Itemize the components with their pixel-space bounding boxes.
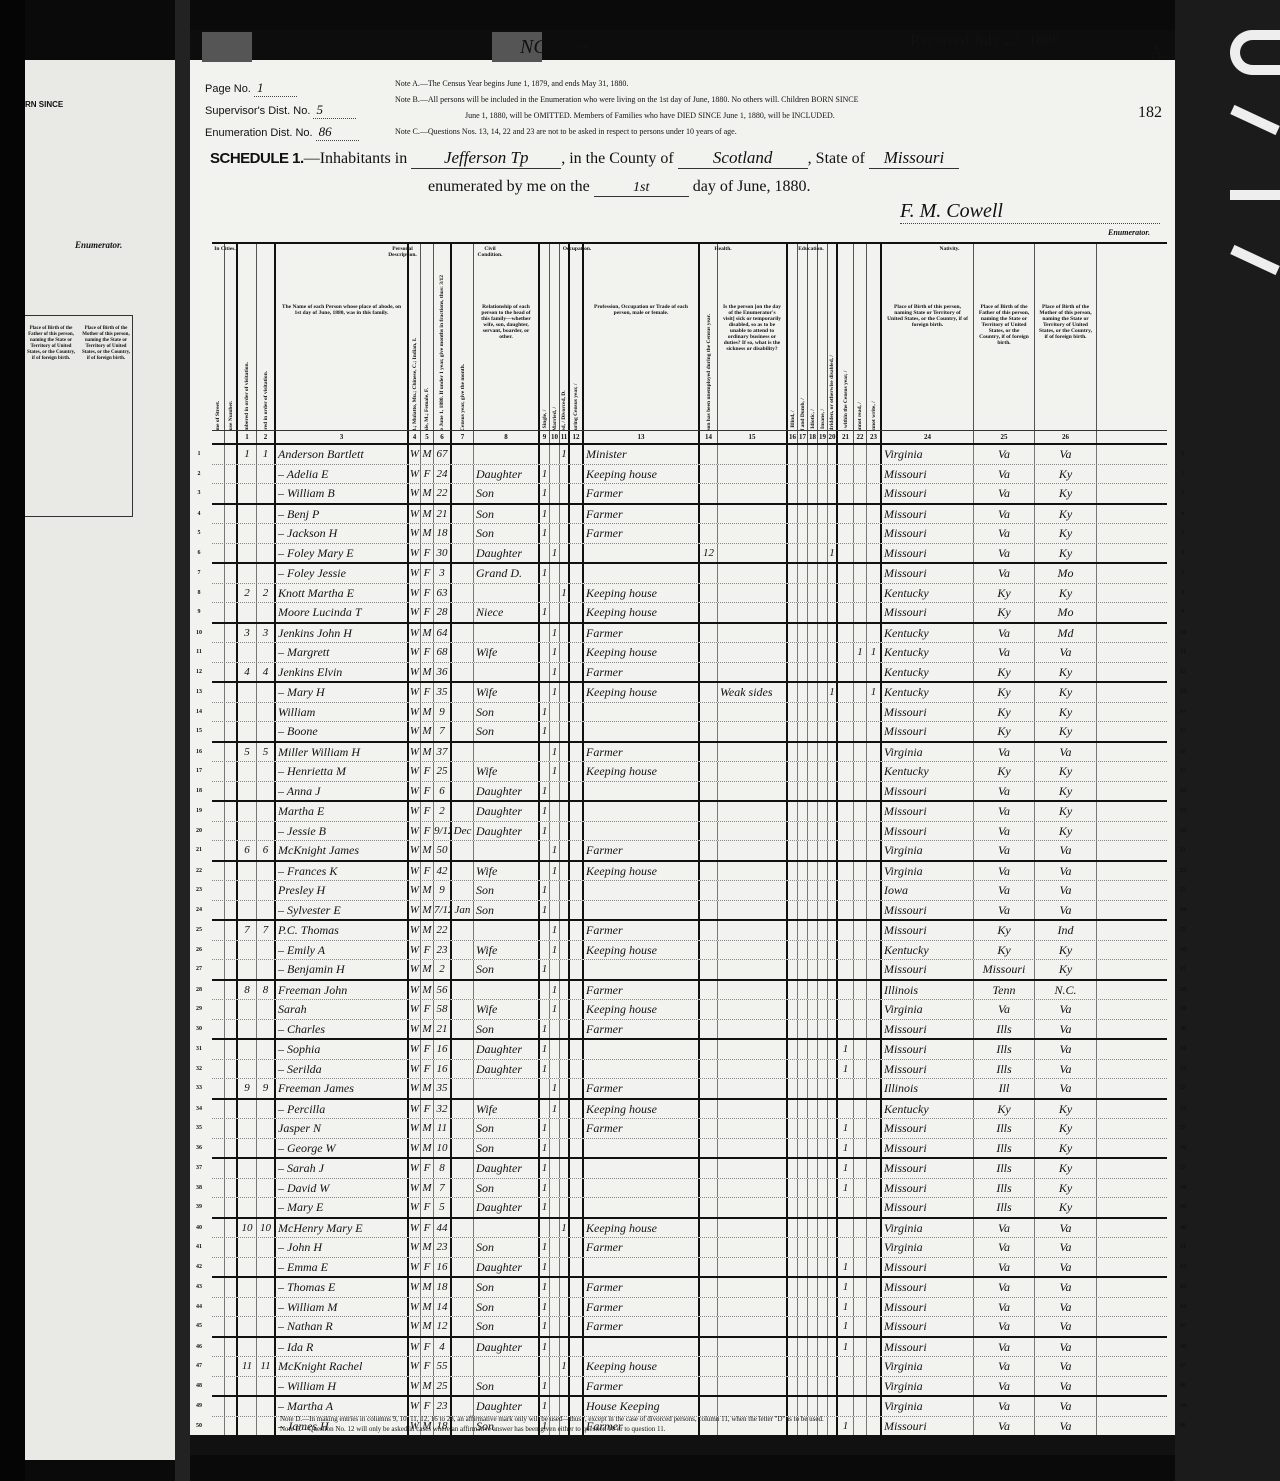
- cell-married: [550, 1357, 560, 1376]
- column-header-label: Place of Birth of this person, naming St…: [886, 304, 969, 328]
- cell-family: [257, 901, 276, 920]
- cell-father: Ills: [974, 1040, 1035, 1059]
- cell-family: [257, 941, 276, 960]
- cell-father: Ills: [974, 1119, 1035, 1138]
- cell-empty: [818, 683, 828, 702]
- cell-disabled: [828, 1417, 838, 1436]
- scan-left-border: [0, 0, 25, 1481]
- cell-name: Jenkins Elvin: [276, 663, 409, 682]
- cell-read: [854, 1377, 867, 1396]
- column-number: 5: [421, 431, 434, 443]
- cell-dwelling: [238, 1040, 257, 1059]
- cell-sick: [718, 762, 788, 781]
- cell-sick: [718, 1139, 788, 1158]
- cell-empty: [808, 960, 818, 979]
- cell-sex: M: [421, 981, 434, 1000]
- cell-married: [550, 484, 560, 503]
- cell-disabled: [828, 1238, 838, 1257]
- cell-father: Va: [974, 643, 1035, 662]
- cell-unemployed: [700, 862, 718, 881]
- line-number-left: 14: [192, 703, 206, 721]
- column-number: 13: [584, 431, 700, 443]
- cell-disabled: [828, 722, 838, 741]
- township-value: Jefferson Tp: [411, 148, 561, 169]
- cell-empty: [788, 484, 798, 503]
- cell-school: [838, 960, 854, 979]
- cell-month: [452, 484, 474, 503]
- cell-month: [452, 1377, 474, 1396]
- cell-empty: [570, 584, 584, 603]
- cell-empty: [225, 782, 238, 801]
- cell-empty: [818, 1079, 828, 1098]
- cell-read: [854, 624, 867, 643]
- cell-empty: [788, 981, 798, 1000]
- nativity-header-fragment: Place of Birth of the Father of this per…: [25, 315, 133, 517]
- cell-read: [854, 445, 867, 464]
- cell-school: [838, 1357, 854, 1376]
- line-number-left: 37: [192, 1159, 206, 1177]
- line-number-right: 33: [1173, 1079, 1193, 1097]
- cell-empty: [225, 584, 238, 603]
- cell-color: W: [409, 722, 421, 741]
- cell-married: 1: [550, 1100, 560, 1119]
- line-number-left: 12: [192, 663, 206, 681]
- cell-write: [867, 802, 882, 821]
- cell-occupation: Farmer: [584, 505, 700, 524]
- cell-empty: [818, 1298, 828, 1317]
- cell-family: 8: [257, 981, 276, 1000]
- cell-birth: Missouri: [882, 1338, 974, 1357]
- cell-empty: [818, 484, 828, 503]
- cell-unemployed: [700, 722, 718, 741]
- cell-rel: Son: [474, 1298, 540, 1317]
- cell-empty: [808, 901, 818, 920]
- cell-sex: M: [421, 960, 434, 979]
- cell-single: 1: [540, 1377, 550, 1396]
- line-number-right: 15: [1173, 722, 1193, 740]
- cell-empty: [788, 1338, 798, 1357]
- cell-married: [550, 505, 560, 524]
- cell-sex: F: [421, 683, 434, 702]
- line-number-right: 48: [1173, 1377, 1193, 1395]
- cell-empty: [212, 1079, 225, 1098]
- cell-birth: Missouri: [882, 1159, 974, 1178]
- cell-empty: [788, 960, 798, 979]
- cell-family: [257, 1298, 276, 1317]
- cell-month: [452, 643, 474, 662]
- table-header: Name of Street.House Number.Dwelling hou…: [212, 244, 1167, 431]
- cell-age: 16: [434, 1258, 452, 1277]
- cell-mother: Va: [1035, 1357, 1097, 1376]
- cell-birth: Virginia: [882, 1219, 974, 1238]
- cell-age: 35: [434, 683, 452, 702]
- column-header-label: Place of Birth of the Father of this per…: [978, 304, 1030, 346]
- cell-empty: [225, 1397, 238, 1416]
- cell-sex: F: [421, 564, 434, 583]
- cell-birth: Kentucky: [882, 643, 974, 662]
- cell-color: W: [409, 1159, 421, 1178]
- cell-write: [867, 921, 882, 940]
- cell-school: [838, 643, 854, 662]
- line-number-left: 35: [192, 1119, 206, 1137]
- cell-age: 12: [434, 1317, 452, 1336]
- cell-read: [854, 1258, 867, 1277]
- cell-write: [867, 1238, 882, 1257]
- cell-single: [540, 584, 550, 603]
- cell-empty: [225, 1417, 238, 1436]
- cell-empty: [225, 505, 238, 524]
- note-b-cont: June 1, 1880, will be OMITTED. Members o…: [395, 108, 1115, 124]
- line-number-left: 21: [192, 841, 206, 859]
- cell-month: [452, 683, 474, 702]
- cell-dwelling: [238, 683, 257, 702]
- cell-empty: [808, 544, 818, 563]
- cell-single: [540, 1357, 550, 1376]
- cell-father: Va: [974, 1338, 1035, 1357]
- cell-name: – Jessie B: [276, 822, 409, 841]
- schedule-line: SCHEDULE 1.—Inhabitants in Jefferson Tp,…: [210, 148, 959, 169]
- cell-birth: Missouri: [882, 703, 974, 722]
- cell-disabled: [828, 941, 838, 960]
- cell-father: Va: [974, 822, 1035, 841]
- cell-sex: F: [421, 1219, 434, 1238]
- cell-age: 7: [434, 722, 452, 741]
- cell-name: – Thomas E: [276, 1278, 409, 1297]
- census-sheet: NC [7-296.] Received July 23, 1880, A. 1…: [190, 30, 1175, 1455]
- cell-single: 1: [540, 703, 550, 722]
- cell-read: [854, 1198, 867, 1217]
- cell-write: [867, 1417, 882, 1436]
- cell-family: [257, 603, 276, 622]
- cell-family: [257, 1397, 276, 1416]
- cell-school: [838, 762, 854, 781]
- cell-dwelling: [238, 1238, 257, 1257]
- cell-write: [867, 584, 882, 603]
- note-e: Note E.—Question No. 12 will only be ask…: [280, 1424, 824, 1434]
- column-header: Insane, /: [818, 244, 828, 430]
- column-header-label: House Number.: [228, 344, 234, 430]
- cell-empty: [818, 981, 828, 1000]
- cell-sick: [718, 1040, 788, 1059]
- cell-sex: F: [421, 603, 434, 622]
- cell-month: [452, 1020, 474, 1039]
- cell-mother: Va: [1035, 1079, 1097, 1098]
- cell-unemployed: [700, 603, 718, 622]
- cell-empty: [798, 1397, 808, 1416]
- cell-write: [867, 484, 882, 503]
- cell-month: Jan: [452, 901, 474, 920]
- cell-empty: [788, 862, 798, 881]
- cell-dwelling: [238, 1198, 257, 1217]
- cell-name: – George W: [276, 1139, 409, 1158]
- cell-birth: Missouri: [882, 564, 974, 583]
- cell-married: [550, 465, 560, 484]
- cell-sex: F: [421, 802, 434, 821]
- cell-unemployed: [700, 1317, 718, 1336]
- line-number-left: 40: [192, 1219, 206, 1237]
- cell-dwelling: [238, 1119, 257, 1138]
- line-number-right: 49: [1173, 1397, 1193, 1415]
- cell-empty: [788, 1159, 798, 1178]
- column-header-label: Sex—Male, M.; Female, F.: [424, 344, 430, 430]
- table-row: 48– William HWM25Son1FarmerVirginiaVaVa4…: [212, 1377, 1167, 1398]
- line-number-left: 45: [192, 1317, 206, 1335]
- cell-family: [257, 1040, 276, 1059]
- cell-name: Miller William H: [276, 743, 409, 762]
- cell-empty: [570, 743, 584, 762]
- cell-month: [452, 1317, 474, 1336]
- cell-family: [257, 1159, 276, 1178]
- cell-sex: F: [421, 762, 434, 781]
- cell-write: [867, 841, 882, 860]
- cell-month: [452, 544, 474, 563]
- cell-age: 22: [434, 484, 452, 503]
- cell-dwelling: [238, 1377, 257, 1396]
- cell-name: – William H: [276, 1377, 409, 1396]
- cell-empty: [808, 1179, 818, 1198]
- line-number-left: 17: [192, 762, 206, 780]
- cell-dwelling: [238, 960, 257, 979]
- line-number-right: 32: [1173, 1060, 1193, 1078]
- cell-father: Va: [974, 484, 1035, 503]
- cell-mother: Va: [1035, 1238, 1097, 1257]
- cell-write: [867, 901, 882, 920]
- cell-single: 1: [540, 505, 550, 524]
- cell-empty: [808, 1020, 818, 1039]
- cell-mother: Ky: [1035, 544, 1097, 563]
- cell-month: [452, 1238, 474, 1257]
- cell-write: [867, 505, 882, 524]
- cell-mother: Ky: [1035, 1119, 1097, 1138]
- cell-sick: [718, 445, 788, 464]
- cell-empty: [808, 822, 818, 841]
- cell-empty: [225, 960, 238, 979]
- cell-empty: [788, 1060, 798, 1079]
- cell-school: [838, 703, 854, 722]
- cell-father: Va: [974, 841, 1035, 860]
- cell-mother: Mo: [1035, 603, 1097, 622]
- cell-mother: Va: [1035, 901, 1097, 920]
- cell-empty: [788, 1377, 798, 1396]
- cell-empty: [798, 941, 808, 960]
- line-number-right: 12: [1173, 663, 1193, 681]
- cell-empty: [818, 1060, 828, 1079]
- cell-disabled: [828, 960, 838, 979]
- cell-family: [257, 1198, 276, 1217]
- line-number-right: 19: [1173, 802, 1193, 820]
- cell-father: Va: [974, 862, 1035, 881]
- cell-empty: [788, 802, 798, 821]
- cell-birth: Virginia: [882, 743, 974, 762]
- cell-color: W: [409, 881, 421, 900]
- cell-birth: Missouri: [882, 1258, 974, 1277]
- cell-age: 16: [434, 1040, 452, 1059]
- cell-father: Ky: [974, 584, 1035, 603]
- cell-dwelling: [238, 901, 257, 920]
- cell-single: [540, 841, 550, 860]
- cell-empty: [808, 1238, 818, 1257]
- line-number-left: 38: [192, 1179, 206, 1197]
- cell-birth: Missouri: [882, 603, 974, 622]
- cell-read: [854, 822, 867, 841]
- cell-empty: [798, 1238, 808, 1257]
- cell-family: [257, 1377, 276, 1396]
- cell-widowed: 1: [560, 445, 570, 464]
- cell-empty: [212, 544, 225, 563]
- cell-empty: [225, 921, 238, 940]
- cell-family: [257, 1278, 276, 1297]
- cell-occupation: Keeping house: [584, 603, 700, 622]
- cell-widowed: [560, 1100, 570, 1119]
- cell-empty: [225, 445, 238, 464]
- line-number-right: 44: [1173, 1298, 1193, 1316]
- cell-mother: Va: [1035, 1417, 1097, 1436]
- cell-empty: [570, 1258, 584, 1277]
- cell-color: W: [409, 762, 421, 781]
- cell-father: Ills: [974, 1198, 1035, 1217]
- cell-empty: [570, 683, 584, 702]
- cell-sick: [718, 1198, 788, 1217]
- census-table: Name of Street.House Number.Dwelling hou…: [212, 242, 1167, 1436]
- cell-single: 1: [540, 1258, 550, 1277]
- cell-month: [452, 1000, 474, 1019]
- cell-rel: Niece: [474, 603, 540, 622]
- cell-unemployed: [700, 1357, 718, 1376]
- cell-empty: [212, 1317, 225, 1336]
- cell-empty: [212, 624, 225, 643]
- cell-family: [257, 703, 276, 722]
- cell-empty: [212, 901, 225, 920]
- cell-occupation: Farmer: [584, 524, 700, 543]
- cell-read: [854, 584, 867, 603]
- cell-occupation: [584, 822, 700, 841]
- cell-empty: [788, 683, 798, 702]
- column-header: Place of Birth of the Mother of this per…: [1035, 244, 1097, 430]
- cell-empty: [818, 643, 828, 662]
- cell-widowed: [560, 1317, 570, 1336]
- cell-empty: [798, 484, 808, 503]
- cell-widowed: [560, 1298, 570, 1317]
- cell-sex: M: [421, 1238, 434, 1257]
- cell-unemployed: [700, 564, 718, 583]
- cell-occupation: [584, 564, 700, 583]
- cell-family: [257, 1179, 276, 1198]
- col26-header-fragment: Place of Birth of the Mother of this per…: [80, 326, 132, 362]
- line-number-left: 24: [192, 901, 206, 919]
- cell-empty: [808, 743, 818, 762]
- cell-month: [452, 862, 474, 881]
- cell-unemployed: [700, 941, 718, 960]
- line-number-left: 49: [192, 1397, 206, 1415]
- cell-empty: [788, 1100, 798, 1119]
- cell-unemployed: [700, 1258, 718, 1277]
- cell-empty: [212, 1119, 225, 1138]
- line-number-right: 46: [1173, 1338, 1193, 1356]
- column-header-label: Cannot write, /: [871, 344, 877, 430]
- cell-mother: Ky: [1035, 802, 1097, 821]
- cell-single: [540, 1100, 550, 1119]
- cell-sex: F: [421, 822, 434, 841]
- cell-empty: [818, 1159, 828, 1178]
- cell-read: [854, 1040, 867, 1059]
- cell-color: W: [409, 941, 421, 960]
- column-header-label: Married during Census year, /: [573, 344, 579, 430]
- cell-name: – Mary H: [276, 683, 409, 702]
- line-number-right: 10: [1173, 624, 1193, 642]
- cell-empty: [798, 1139, 808, 1158]
- cell-empty: [225, 703, 238, 722]
- cell-birth: Missouri: [882, 822, 974, 841]
- cell-unemployed: [700, 1020, 718, 1039]
- cell-family: [257, 822, 276, 841]
- cell-married: [550, 584, 560, 603]
- cell-read: [854, 1179, 867, 1198]
- cell-empty: [225, 1139, 238, 1158]
- cell-write: [867, 1377, 882, 1396]
- cell-occupation: Farmer: [584, 1377, 700, 1396]
- cell-read: [854, 1060, 867, 1079]
- cell-married: 1: [550, 624, 560, 643]
- cell-widowed: [560, 921, 570, 940]
- cell-birth: Virginia: [882, 862, 974, 881]
- cell-empty: [225, 544, 238, 563]
- cell-sick: [718, 941, 788, 960]
- cell-empty: [808, 722, 818, 741]
- cell-mother: Va: [1035, 881, 1097, 900]
- cell-empty: [225, 484, 238, 503]
- cell-sex: F: [421, 1100, 434, 1119]
- cell-married: [550, 722, 560, 741]
- cell-school: [838, 822, 854, 841]
- line-number-right: 43: [1173, 1278, 1193, 1296]
- cell-sex: F: [421, 465, 434, 484]
- cell-empty: [225, 1100, 238, 1119]
- cell-empty: [818, 1040, 828, 1059]
- table-row: 42– Emma EWF16Daughter11MissouriVaVa42: [212, 1258, 1167, 1279]
- column-header-label: Color—White, W.; Black, B.; Mulatto, Mu.…: [412, 344, 418, 430]
- cell-disabled: [828, 1397, 838, 1416]
- table-row: 39– Mary EWF5Daughter1MissouriIllsKy39: [212, 1198, 1167, 1219]
- cell-empty: [570, 1357, 584, 1376]
- cell-age: 36: [434, 663, 452, 682]
- line-number-left: 47: [192, 1357, 206, 1375]
- cell-occupation: [584, 782, 700, 801]
- cell-read: [854, 901, 867, 920]
- cell-write: [867, 1357, 882, 1376]
- line-number-left: 46: [192, 1338, 206, 1356]
- column-number: 2: [257, 431, 276, 443]
- cell-empty: [225, 1357, 238, 1376]
- cell-empty: [225, 822, 238, 841]
- cell-occupation: [584, 901, 700, 920]
- cell-father: Va: [974, 1258, 1035, 1277]
- cell-empty: [225, 564, 238, 583]
- column-number-row: 1234567891011121314151617181920212223242…: [212, 431, 1167, 445]
- cell-school: [838, 465, 854, 484]
- cell-empty: [808, 1000, 818, 1019]
- cell-empty: [212, 1139, 225, 1158]
- cell-single: 1: [540, 1338, 550, 1357]
- cell-married: [550, 1298, 560, 1317]
- cell-read: [854, 862, 867, 881]
- cell-empty: [818, 1258, 828, 1277]
- column-header: Age at last birthday prior to June 1, 18…: [434, 244, 452, 430]
- column-header: Cannot write, /: [867, 244, 882, 430]
- cell-empty: [808, 1278, 818, 1297]
- column-group-header: In Cities.: [212, 246, 238, 252]
- cell-disabled: [828, 743, 838, 762]
- cell-read: [854, 524, 867, 543]
